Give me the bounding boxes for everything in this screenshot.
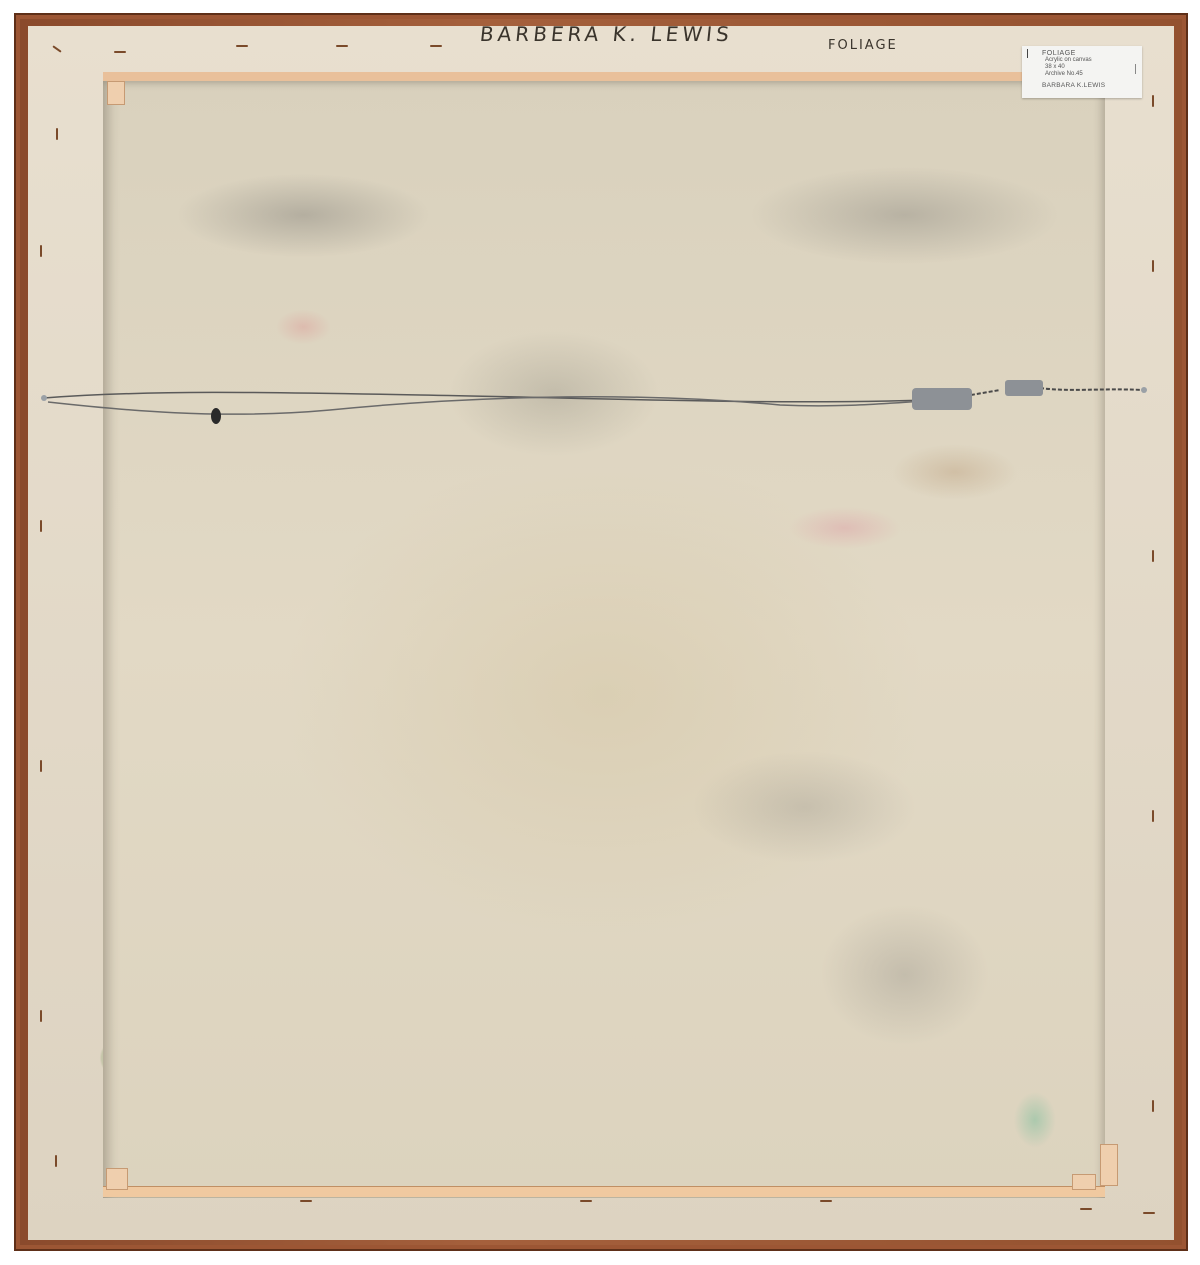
hanging-wire (0, 0, 1200, 1265)
screw-eye-left (41, 395, 47, 401)
screw-eye-right (1141, 387, 1147, 393)
tape-wrap (1005, 380, 1043, 396)
wire-knot (211, 408, 221, 424)
tape-wrap (912, 388, 972, 410)
